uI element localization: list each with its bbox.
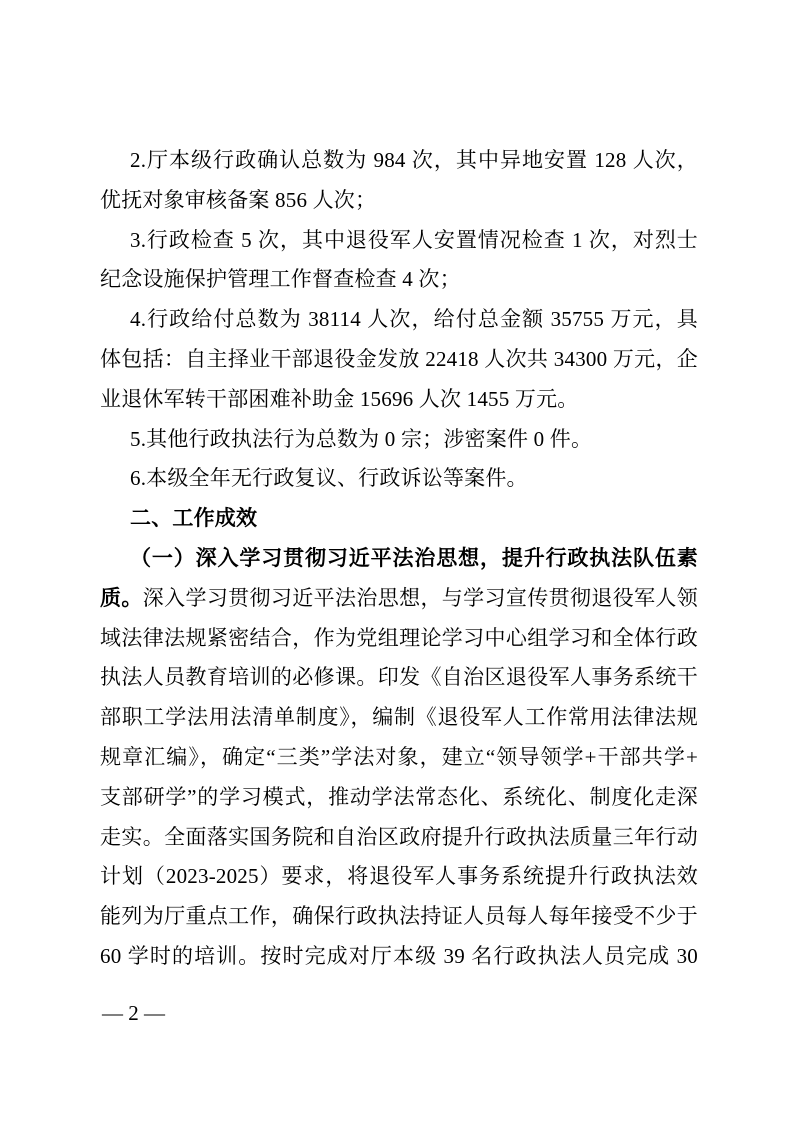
text-segment: 质。 xyxy=(100,586,143,610)
text-line: 3.行政检查 5 次，其中退役军人安置情况检查 1 次，对烈士 xyxy=(100,221,698,261)
text-segment: 业退休军转干部困难补助金 15696 人次 1455 万元。 xyxy=(100,387,579,411)
text-segment: 计划（2023-2025）要求，将退役军人事务系统提升行政执法效 xyxy=(100,864,698,888)
text-segment: 支部研学”的学习模式，推动学法常态化、系统化、制度化走深 xyxy=(100,785,698,809)
text-line: 2.厅本级行政确认总数为 984 次，其中异地安置 128 人次， xyxy=(100,141,698,181)
text-segment: 6.本级全年无行政复议、行政诉讼等案件。 xyxy=(130,466,528,490)
text-line: 能列为厅重点工作，确保行政执法持证人员每人每年接受不少于 xyxy=(100,897,698,937)
text-segment: 规章汇编》，确定“三类”学法对象，建立“领导领学+干部共学+ xyxy=(100,745,698,769)
text-segment: 执法人员教育培训的必修课。印发《自治区退役军人事务系统干 xyxy=(100,665,698,689)
text-line: 域法律法规紧密结合，作为党组理论学习中心组学习和全体行政 xyxy=(100,619,698,659)
text-segment: 2.厅本级行政确认总数为 984 次，其中异地安置 128 人次， xyxy=(130,148,698,172)
text-line: 业退休军转干部困难补助金 15696 人次 1455 万元。 xyxy=(100,380,698,420)
text-line: 质。深入学习贯彻习近平法治思想，与学习宣传贯彻退役军人领 xyxy=(100,579,698,619)
text-segment: 4.行政给付总数为 38114 人次，给付总金额 35755 万元，具 xyxy=(130,307,698,331)
text-line: 执法人员教育培训的必修课。印发《自治区退役军人事务系统干 xyxy=(100,658,698,698)
text-line: 部职工学法用法清单制度》，编制《退役军人工作常用法律法规 xyxy=(100,698,698,738)
text-segment: 域法律法规紧密结合，作为党组理论学习中心组学习和全体行政 xyxy=(100,626,698,650)
page-number: — 2 — xyxy=(102,1000,165,1026)
document-page: 2.厅本级行政确认总数为 984 次，其中异地安置 128 人次，优抚对象审核备… xyxy=(0,0,794,1123)
text-segment: 纪念设施保护管理工作督查检查 4 次； xyxy=(100,267,461,291)
text-segment: （一）深入学习贯彻习近平法治思想，提升行政执法队伍素 xyxy=(130,546,698,570)
text-line: 6.本级全年无行政复议、行政诉讼等案件。 xyxy=(100,459,698,499)
text-line: 走实。全面落实国务院和自治区政府提升行政执法质量三年行动 xyxy=(100,818,698,858)
text-segment: 体包括：自主择业干部退役金发放 22418 人次共 34300 万元，企 xyxy=(100,347,698,371)
text-line: （一）深入学习贯彻习近平法治思想，提升行政执法队伍素 xyxy=(100,539,698,579)
text-segment: 走实。全面落实国务院和自治区政府提升行政执法质量三年行动 xyxy=(100,825,698,849)
text-line: 优抚对象审核备案 856 人次； xyxy=(100,181,698,221)
text-line: 二、工作成效 xyxy=(100,499,698,539)
text-line: 4.行政给付总数为 38114 人次，给付总金额 35755 万元，具 xyxy=(100,300,698,340)
text-segment: 深入学习贯彻习近平法治思想，与学习宣传贯彻退役军人领 xyxy=(143,586,698,610)
text-segment: 部职工学法用法清单制度》，编制《退役军人工作常用法律法规 xyxy=(100,705,698,729)
text-line: 计划（2023-2025）要求，将退役军人事务系统提升行政执法效 xyxy=(100,857,698,897)
text-segment: 优抚对象审核备案 856 人次； xyxy=(100,188,376,212)
text-line: 纪念设施保护管理工作督查检查 4 次； xyxy=(100,260,698,300)
text-line: 60 学时的培训。按时完成对厅本级 39 名行政执法人员完成 30 xyxy=(100,937,698,977)
text-segment: 60 学时的培训。按时完成对厅本级 39 名行政执法人员完成 30 xyxy=(100,944,698,968)
text-segment: 二、工作成效 xyxy=(130,507,257,530)
text-line: 5.其他行政执法行为总数为 0 宗；涉密案件 0 件。 xyxy=(100,420,698,460)
text-segment: 5.其他行政执法行为总数为 0 宗；涉密案件 0 件。 xyxy=(130,427,592,451)
text-segment: 3.行政检查 5 次，其中退役军人安置情况检查 1 次，对烈士 xyxy=(130,228,698,252)
text-line: 规章汇编》，确定“三类”学法对象，建立“领导领学+干部共学+ xyxy=(100,738,698,778)
text-segment: 能列为厅重点工作，确保行政执法持证人员每人每年接受不少于 xyxy=(100,904,698,928)
document-body: 2.厅本级行政确认总数为 984 次，其中异地安置 128 人次，优抚对象审核备… xyxy=(100,141,698,977)
text-line: 支部研学”的学习模式，推动学法常态化、系统化、制度化走深 xyxy=(100,778,698,818)
text-line: 体包括：自主择业干部退役金发放 22418 人次共 34300 万元，企 xyxy=(100,340,698,380)
